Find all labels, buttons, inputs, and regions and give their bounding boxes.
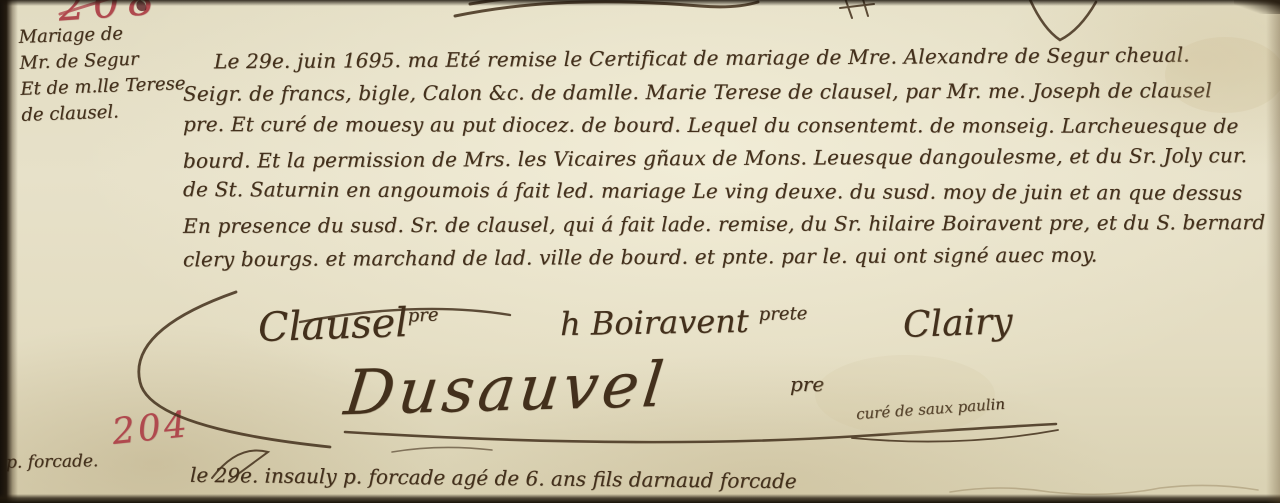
margin-note-line: de clausel. [21,97,187,129]
margin-note-forcade: p. forcade. [6,451,99,473]
signature-clairy: Clairy [902,301,1013,346]
signature-boiravent-name: h Boiravent [560,302,749,343]
flourish-top-center [455,2,758,16]
record-line-3: pre. Et curé de mouesy au put diocez. de… [183,112,1239,138]
paper-stain [815,355,995,435]
record-line-5: de St. Saturnin en angoumois á fait led.… [183,177,1242,205]
signature-clausel-name: Clausel [257,300,409,351]
record-line-6: En presence du susd. Sr. de clausel, qui… [183,210,1265,238]
page-corner-shadow [1234,0,1280,14]
page-edge-right [1266,0,1280,503]
record-line-1: Le 29e. juin 1695. ma Eté remise le Cert… [214,43,1190,74]
signature-grand: Dusauvel [341,348,671,430]
record-line-7: clery bourgs. et marchand de lad. ville … [183,243,1097,272]
record-line-2: Seigr. de francs, bigle, Calon &c. de da… [183,78,1212,106]
page-edge-top [0,0,1280,6]
signature-boiravent: h Boiravent prete [560,301,808,343]
flourish-top-center-2 [470,0,690,4]
signature-clausel-suffix: pre [407,305,438,327]
flourish-top-right [1028,0,1096,40]
margin-note: Mariage de Mr. de Segur Et de m.lle Tere… [18,19,187,129]
signature-grand-suffix: pre [790,372,824,396]
page-edge-bottom [0,494,1280,503]
binding-shadow-left [0,0,18,503]
next-record-line: le 29e. insauly p. forcade agé de 6. ans… [190,463,797,493]
signature-grand-note: curé de saux paulin [856,395,1006,423]
faded-ink-tail [950,485,1258,494]
flourish-top-hash [840,0,874,18]
signature-clausel: Clauselpre [257,299,439,351]
signature-grand-underline [345,424,1056,442]
record-line-4: bourd. Et la permission de Mrs. les Vica… [183,143,1247,173]
signature-grand-note-underline [852,430,1058,442]
manuscript-scan: 208 Mariage de Mr. de Segur Et de m.lle … [0,0,1280,503]
folio-number-204: 204 [110,404,192,453]
signature-boiravent-suffix: prete [759,303,808,325]
next-record-overline [392,447,492,452]
